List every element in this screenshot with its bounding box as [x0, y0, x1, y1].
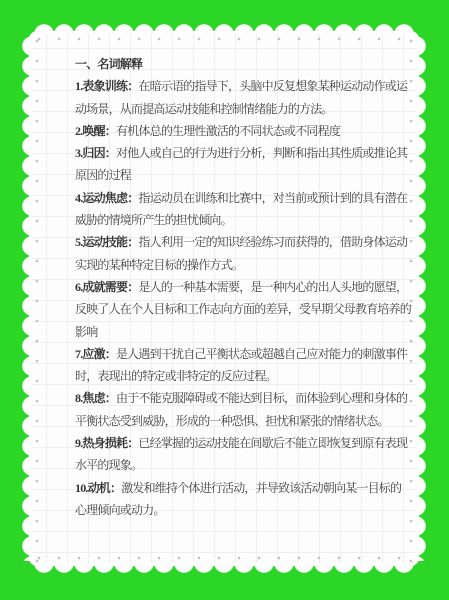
- term-label: 8.焦虑：: [75, 391, 116, 405]
- line-text: 实现的某种特定目标的操作方式。: [75, 258, 243, 272]
- term-label: 3.归因：: [75, 146, 116, 160]
- text-line: 时，表现出的特定或非特定的反应过程。: [75, 365, 411, 387]
- text-line: 动场景，从而提高运动技能和控制情绪能力的方法。: [75, 98, 411, 120]
- line-text: 激发和维持个体进行活动，并导致该活动朝向某一目标的: [121, 481, 401, 495]
- line-text: 威胁的情境所产生的担忧倾向。: [75, 213, 232, 227]
- text-line: 实现的某种特定目标的操作方式。: [75, 254, 411, 276]
- line-text: 有机体总的生理性激活的不同状态或不同程度: [116, 124, 340, 138]
- term-label: 5.运动技能：: [75, 235, 138, 249]
- line-text: 原因的过程: [75, 168, 131, 182]
- line-text: 影响: [75, 325, 97, 339]
- text-line: 4.运动焦虑：指运动员在训练和比赛中，对当前或预计到的具有潜在: [75, 187, 411, 209]
- text-line: 5.运动技能：指人利用一定的知识经验练习而获得的，借助身体运动: [75, 231, 411, 253]
- line-text: 时，表现出的特定或非特定的反应过程。: [75, 369, 277, 383]
- line-text: 心理倾向或动力。: [75, 503, 165, 517]
- text-line: 威胁的情境所产生的担忧倾向。: [75, 209, 411, 231]
- text-line: 1.表象训练：在暗示语的指导下，头脑中反复想象某种运动动作或运: [75, 75, 411, 97]
- line-text: 由于不能克服障碍或不能达到目标，而体验到心理和身体的: [116, 391, 407, 405]
- scallop-edge-left: [22, 36, 32, 561]
- line-text: 反映了人在个人目标和工作志向方面的差异，受早期父母教育培养的: [75, 302, 411, 316]
- line-text: 水平的现象。: [75, 458, 142, 472]
- line-text: 动场景，从而提高运动技能和控制情绪能力的方法。: [75, 102, 333, 116]
- line-text: 指运动员在训练和比赛中，对当前或预计到的具有潜在: [138, 191, 407, 205]
- scallop-edge-right: [416, 36, 426, 561]
- document-content: 一、名词解释 1.表象训练：在暗示语的指导下，头脑中反复想象某种运动动作或运 动…: [75, 53, 411, 521]
- text-line: 3.归因：对他人或自己的行为进行分析，判断和指出其性质或推论其: [75, 142, 411, 164]
- term-label: 9.热身损耗：: [75, 436, 138, 450]
- scallop-edge-bottom: [34, 563, 414, 573]
- term-label: 1.表象训练：: [75, 79, 138, 93]
- line-text: 在暗示语的指导下，头脑中反复想象某种运动动作或运: [138, 79, 407, 93]
- text-line: 心理倾向或动力。: [75, 499, 411, 521]
- line-text: 是人遇到干扰自己平衡状态或超越自己应对能力的刺激事件: [116, 347, 407, 361]
- text-line: 2.唤醒：有机体总的生理性激活的不同状态或不同程度: [75, 120, 411, 142]
- text-line: 9.热身损耗：已经掌握的运动技能在间歇后不能立即恢复到原有表现: [75, 432, 411, 454]
- text-line: 影响: [75, 321, 411, 343]
- text-line: 原因的过程: [75, 164, 411, 186]
- text-line: 6.成就需要：是人的一种基本需要，是一种内心的出人头地的愿望，: [75, 276, 411, 298]
- line-text: 已经掌握的运动技能在间歇后不能立即恢复到原有表现: [138, 436, 407, 450]
- section-title-text: 一、名词解释: [75, 57, 142, 71]
- scallop-edge-top: [34, 24, 414, 34]
- term-label: 10.动机：: [75, 481, 121, 495]
- text-line: 水平的现象。: [75, 454, 411, 476]
- term-label: 2.唤醒：: [75, 124, 116, 138]
- text-line: 10.动机：激发和维持个体进行活动，并导致该活动朝向某一目标的: [75, 477, 411, 499]
- note-card: 一、名词解释 1.表象训练：在暗示语的指导下，头脑中反复想象某种运动动作或运 动…: [29, 31, 419, 566]
- section-title: 一、名词解释: [75, 53, 411, 75]
- line-text: 平衡状态受到威胁，形成的一种恐惧、担忧和紧张的情绪状态。: [75, 414, 389, 428]
- line-text: 对他人或自己的行为进行分析，判断和指出其性质或推论其: [116, 146, 407, 160]
- text-line: 反映了人在个人目标和工作志向方面的差异，受早期父母教育培养的: [75, 298, 411, 320]
- term-label: 4.运动焦虑：: [75, 191, 138, 205]
- text-line: 7.应激：是人遇到干扰自己平衡状态或超越自己应对能力的刺激事件: [75, 343, 411, 365]
- page-background: 一、名词解释 1.表象训练：在暗示语的指导下，头脑中反复想象某种运动动作或运 动…: [0, 0, 449, 600]
- term-label: 7.应激：: [75, 347, 116, 361]
- line-text: 是人的一种基本需要，是一种内心的出人头地的愿望，: [138, 280, 407, 294]
- text-line: 8.焦虑：由于不能克服障碍或不能达到目标，而体验到心理和身体的: [75, 387, 411, 409]
- term-label: 6.成就需要：: [75, 280, 138, 294]
- line-text: 指人利用一定的知识经验练习而获得的，借助身体运动: [138, 235, 407, 249]
- text-line: 平衡状态受到威胁，形成的一种恐惧、担忧和紧张的情绪状态。: [75, 410, 411, 432]
